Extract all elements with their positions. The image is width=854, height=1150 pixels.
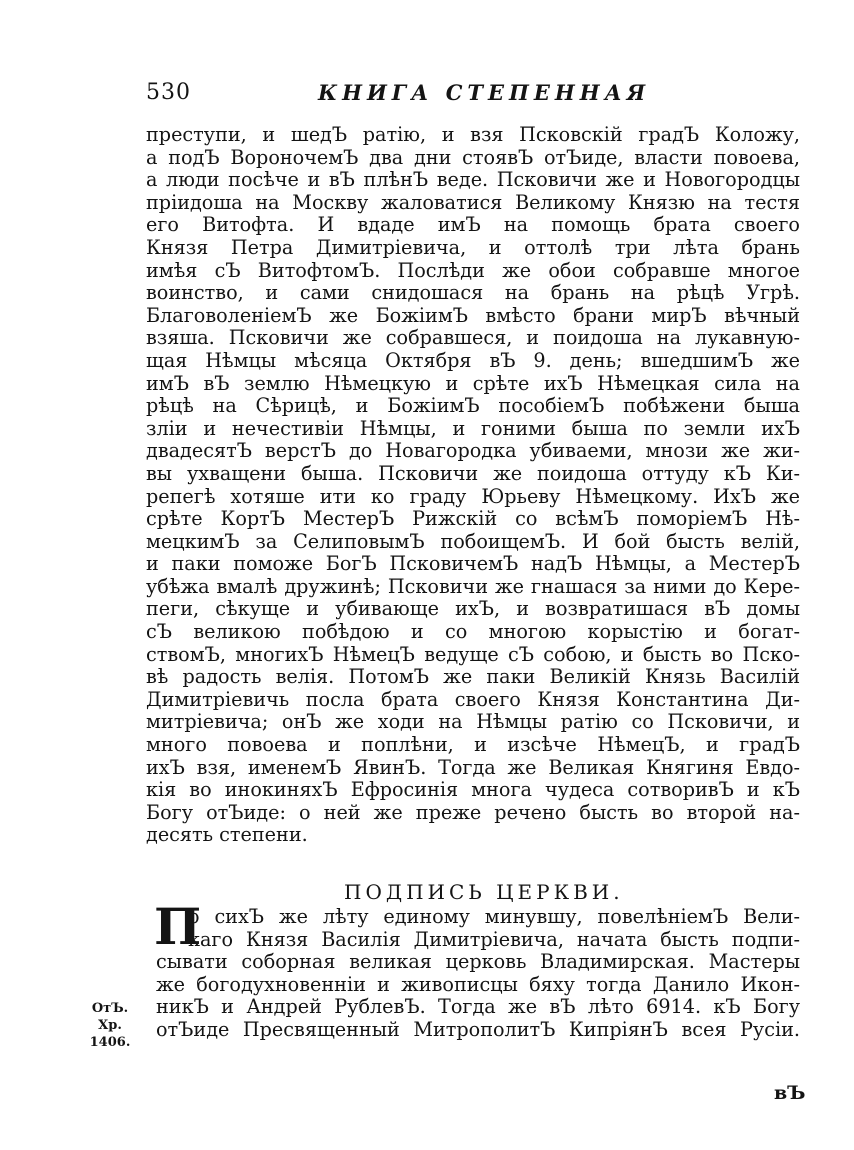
text-line: Богу отЪиде: о ней же преже речено бысть… xyxy=(146,802,800,825)
text-line: десять степени. xyxy=(146,824,800,847)
text-line: рѣцѣ на Сѣрицѣ, и БожiимЪ пособiемЪ побѣ… xyxy=(146,395,800,418)
margin-note-year: 1406. xyxy=(78,1034,142,1051)
text-line: двадесятЪ верстЪ до Новагородка убиваеми… xyxy=(146,440,800,463)
text-line: вы ухващени быша. Псковичи же поидоша от… xyxy=(146,463,800,486)
text-line: а подЪ ВороночемЪ два дни стоявЪ отЪиде,… xyxy=(146,147,800,170)
running-head: КНИГА СТЕПЕННАЯ xyxy=(318,80,650,105)
text-line: ствомЪ, многихЪ НѣмецЪ ведуще сЪ собою, … xyxy=(146,644,800,667)
text-line: имЪ вЪ землю Нѣмецкую и срѣте ихЪ Нѣмецк… xyxy=(146,373,800,396)
text-line: взяша. Псковичи же собравшеся, и поидоша… xyxy=(146,327,800,350)
text-line: никЪ и Андрей РублевЪ. Тогда же вЪ лѣто … xyxy=(156,996,800,1019)
text-line: Димитрiевичь посла брата своего Князя Ко… xyxy=(146,689,800,712)
text-line: воинство, и сами снидошася на брань на р… xyxy=(146,282,800,305)
text-line: кiя во инокиняхЪ Ефросинiя многа чудеса … xyxy=(146,779,800,802)
text-line: митрiевича; онЪ же ходи на Нѣмцы ратiю с… xyxy=(146,711,800,734)
text-line: сывати соборная великая церковь Владимир… xyxy=(156,951,800,974)
text-line: пеги, сѣкуще и убивающе ихЪ, и возвратиш… xyxy=(146,598,800,621)
text-line: а люди посѣче и вЪ плѣнЪ веде. Псковичи … xyxy=(146,169,800,192)
text-line: же богодухновеннiи и живописцы бяху тогд… xyxy=(156,974,800,997)
text-line: репегѣ хотяше ити ко граду Юрьеву Нѣмецк… xyxy=(146,486,800,509)
text-line: мецкимЪ за СелиповымЪ побоищемЪ. И бой б… xyxy=(146,531,800,554)
text-line: преступи, и шедЪ ратiю, и взя Псковскiй … xyxy=(146,124,800,147)
text-line: щая Нѣмцы мѣсяца Октября вЪ 9. день; вше… xyxy=(146,350,800,373)
text-line: сЪ великою побѣдою и со многою корыстiю … xyxy=(146,621,800,644)
text-line: отЪиде Пресвященный МитрополитЪ КипрiянЪ… xyxy=(156,1019,800,1042)
text-line: ихЪ взя, именемЪ ЯвинЪ. Тогда же Великая… xyxy=(146,757,800,780)
text-line: злiи и нечестивiи Нѣмцы, и гоними быша п… xyxy=(146,418,800,441)
text-line: и паки поможе БогЪ ПсковичемЪ надЪ Нѣмцы… xyxy=(146,553,800,576)
text-line: БлаговоленiемЪ же БожiимЪ вмѣсто брани м… xyxy=(146,305,800,328)
text-line: убѣжа вмалѣ дружинѣ; Псковичи же гнашася… xyxy=(146,576,800,599)
text-line: срѣте КортЪ МестерЪ Рижскiй со всѣмЪ пом… xyxy=(146,508,800,531)
text-line: каго Князя Василiя Димитрiевича, начата … xyxy=(156,929,800,952)
text-line: Князя Петра Димитрiевича, и оттолѣ три л… xyxy=(146,237,800,260)
body-text: преступи, и шедЪ ратiю, и взя Псковскiй … xyxy=(146,124,800,847)
section-text: о сихЪ же лѣту единому минувшу, повелѣнi… xyxy=(156,906,800,1042)
text-line: его Витофта. И вдаде имЪ на помощь брата… xyxy=(146,214,800,237)
text-line: прiидоша на Москву жаловатися Великому К… xyxy=(146,192,800,215)
margin-note: ОтЪ. Хр. 1406. xyxy=(78,1000,142,1051)
page-number: 530 xyxy=(146,80,191,105)
text-line: много повоева и поплѣни, и изсѣче НѣмецЪ… xyxy=(146,734,800,757)
catchword: вЪ xyxy=(774,1082,805,1104)
section-heading: ПОДПИСЬ ЦЕРКВИ. xyxy=(344,880,624,904)
margin-note-line: ОтЪ. Хр. xyxy=(78,1000,142,1034)
text-line: вѣ радость велiя. ПотомЪ же паки Великiй… xyxy=(146,666,800,689)
text-line: о сихЪ же лѣту единому минувшу, повелѣнi… xyxy=(156,906,800,929)
text-line: имѣя сЪ ВитофтомЪ. Послѣди же обои собра… xyxy=(146,260,800,283)
